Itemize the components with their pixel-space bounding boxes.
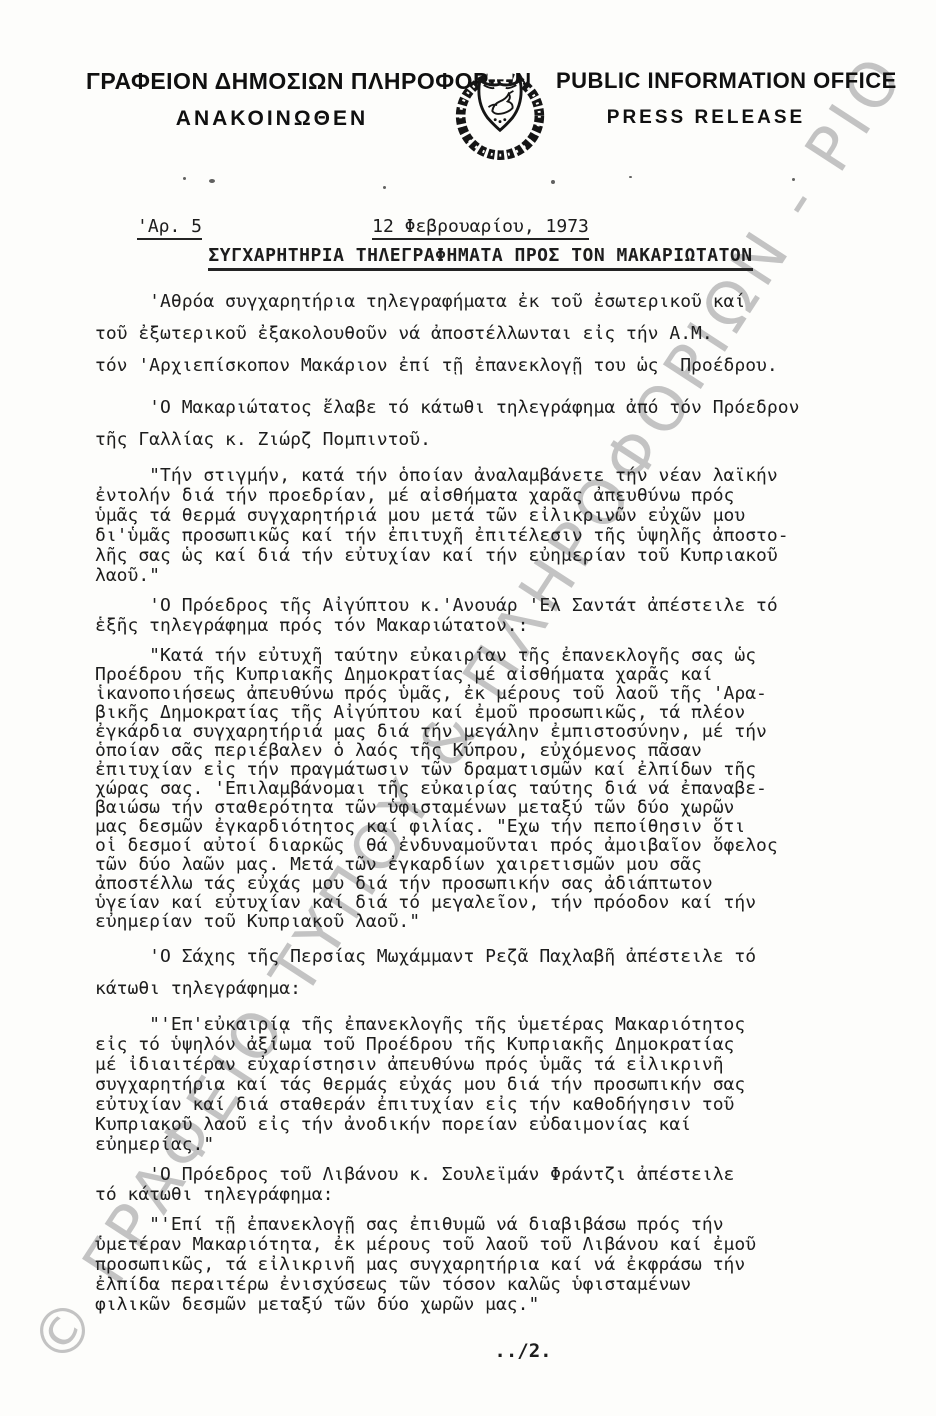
paragraph: "Κατά τήν εὐτυχῆ ταύτην εὐκαιρίαν τῆς ἐπ… (95, 646, 876, 931)
press-release-label-english: PRESS RELEASE (556, 107, 856, 129)
text-line: ἐλπίδα περαιτέρω ἐνισχύσεως τῶν τόσον κα… (95, 1275, 876, 1295)
scan-speck (383, 186, 386, 189)
text-line: "Κατά τήν εὐτυχῆ ταύτην εὐκαιρίαν τῆς ἐπ… (95, 646, 876, 665)
text-line: ἑξῆς τηλεγράφημα πρός τόν Μακαριώτατον.: (95, 616, 876, 636)
text-line: τοῦ ἐξωτερικοῦ ἐξακολουθοῦν νά ἀποστέλλω… (95, 318, 876, 350)
text-line: Προέδρου τῆς Κυπριακῆς Δημοκρατίας μέ αἰ… (95, 665, 876, 684)
text-line: ἱκανοποιήσεως ἀπευθύνω πρός ὑμᾶς, ἐκ μέρ… (95, 684, 876, 703)
text-line: 'Αθρόα συγχαρητήρια τηλεγραφήματα ἐκ τοῦ… (95, 286, 876, 318)
header-greek: ΓΡΑΦΕΙΟΝ ΔΗΜΟΣΙΩΝ ΠΛΗΡΟΦΟΡΙΩΝ ΑΝΑΚΟΙΝΩΘΕ… (86, 68, 458, 131)
document-body: 'Αθρόα συγχαρητήρια τηλεγραφήματα ἐκ τοῦ… (95, 286, 876, 1325)
office-name-greek: ΓΡΑΦΕΙΟΝ ΔΗΜΟΣΙΩΝ ΠΛΗΡΟΦΟΡΙΩΝ (86, 68, 458, 95)
text-line: "'Επ'εὐκαιρίᾳ τῆς ἐπανεκλογῆς τῆς ὑμετέρ… (95, 1015, 876, 1035)
cyprus-emblem-icon (452, 54, 548, 169)
paragraph: "'Επ'εὐκαιρίᾳ τῆς ἐπανεκλογῆς τῆς ὑμετέρ… (95, 1015, 876, 1155)
scan-speck (183, 177, 186, 180)
text-line: 'Ο Πρόεδρος τῆς Αἰγύπτου κ.'Ανουάρ 'Ελ Σ… (95, 596, 876, 616)
paragraph: 'Ο Πρόεδρος τοῦ Λιβάνου κ. Σουλεϊμάν Φρά… (95, 1165, 876, 1205)
text-line: ἐπιτυχίαν εἰς τήν πραγμάτωσιν τῶν δραματ… (95, 760, 876, 779)
text-line: ὑγείαν καί εὐτυχίαν καί διά τό μεγαλεῖον… (95, 893, 876, 912)
document-meta: 'Αρ. 5 12 Φεβρουαρίου, 1973 ΣΥΓΧΑΡΗΤΗΡΙΑ… (95, 216, 866, 266)
continuation-mark: ../2. (0, 1340, 936, 1362)
text-line: ἀποστέλλω τάς εὐχάς μου διά τήν προσωπικ… (95, 874, 876, 893)
scan-speck (551, 180, 555, 184)
text-line: τῆς Γαλλίας κ. Ζιώρζ Πομπιντοῦ. (95, 424, 876, 456)
text-line: βικῆς Δημοκρατίας τῆς Αἰγύπτου καί ἐμοῦ … (95, 703, 876, 722)
paragraph: 'Αθρόα συγχαρητήρια τηλεγραφήματα ἐκ τοῦ… (95, 286, 876, 382)
text-line: ὑμᾶς τά θερμά συγχαρητήριά μου μετά τῶν … (95, 506, 876, 526)
header-english: PUBLIC INFORMATION OFFICE PRESS RELEASE (556, 68, 856, 129)
text-line: οἱ δεσμοί αὐτοί διαρκῶς θά ἐνδυναμοῦνται… (95, 836, 876, 855)
paragraph: 'Ο Σάχης τῆς Περσίας Μωχάμμαντ Ρεζᾶ Παχλ… (95, 941, 876, 1005)
press-release-page: © ΓΡΑΦΕΙΟ ΤΥΠΟΥ & ΠΛΗΡΟΦΟΡΙΩΝ - ΡΙΟ ΓΡΑΦ… (0, 0, 936, 1416)
text-line: προσωπικῶς, τά εἰλικρινῆ μας συγχαρητήρι… (95, 1255, 876, 1275)
text-line: ἐντολήν διά τήν προεδρίαν, μέ αἰσθήματα … (95, 486, 876, 506)
scan-speck (629, 176, 632, 178)
text-line: κάτωθι τηλεγράφημα: (95, 973, 876, 1005)
text-line: βαιώσω τήν σταθερότητα τῶν ὑφισταμένων μ… (95, 798, 876, 817)
text-line: 'Ο Μακαριώτατος ἔλαβε τό κάτωθι τηλεγράφ… (95, 392, 876, 424)
text-line: τόν 'Αρχιεπίσκοπον Μακάριον ἐπί τῇ ἐπανε… (95, 350, 876, 382)
office-name-english: PUBLIC INFORMATION OFFICE (556, 68, 856, 94)
text-line: φιλικῶν δεσμῶν μεταξύ τῶν δύο χωρῶν μας.… (95, 1295, 876, 1315)
text-line: μέ ἰδιαιτέραν εὐχαρίστησιν ἀπευθύνω πρός… (95, 1055, 876, 1075)
text-line: ἐγκάρδια συγχαρητήριά μας διά τήν μεγάλη… (95, 722, 876, 741)
text-line: εὐημερίας." (95, 1135, 876, 1155)
text-line: εὐτυχίαν καί διά σταθεράν ἐπιτυχίαν εἰς … (95, 1095, 876, 1115)
text-line: συγχαρητήρια καί τάς θερμάς εὐχάς μου δι… (95, 1075, 876, 1095)
text-line: εὐημερίαν τοῦ Κυπριακοῦ λαοῦ." (95, 912, 876, 931)
text-line: μας δεσμῶν ἐγκαρδιότητος καί φιλίας. "Εχ… (95, 817, 876, 836)
text-line: "Τήν στιγμήν, κατά τήν ὁποίαν ἀναλαμβάνε… (95, 466, 876, 486)
document-title: ΣΥΓΧΑΡΗΤΗΡΙΑ ΤΗΛΕΓΡΑΦΗΜΑΤΑ ΠΡΟΣ ΤΟΝ ΜΑΚΑ… (95, 245, 866, 266)
text-line: "'Επί τῇ ἐπανεκλογῇ σας ἐπιθυμῶ νά διαβι… (95, 1215, 876, 1235)
scan-speck (209, 179, 215, 183)
text-line: 'Ο Σάχης τῆς Περσίας Μωχάμμαντ Ρεζᾶ Παχλ… (95, 941, 876, 973)
text-line: ὁποίαν σᾶς περιέβαλεν ὁ λαός τῆς Κύπρου,… (95, 741, 876, 760)
text-line: ὑμετέραν Μακαριότητα, ἐκ μέρους τοῦ λαοῦ… (95, 1235, 876, 1255)
text-line: Κυπριακοῦ λαοῦ εἰς τήν ἀνοδικήν πορείαν … (95, 1115, 876, 1135)
document-date: 12 Φεβρουαρίου, 1973 (95, 216, 866, 237)
text-line: 'Ο Πρόεδρος τοῦ Λιβάνου κ. Σουλεϊμάν Φρά… (95, 1165, 876, 1185)
paragraph: 'Ο Πρόεδρος τῆς Αἰγύπτου κ.'Ανουάρ 'Ελ Σ… (95, 596, 876, 636)
text-line: χώρας σας. 'Επιλαμβάνομαι τῆς εὐκαιρίας … (95, 779, 876, 798)
paragraph: 'Ο Μακαριώτατος ἔλαβε τό κάτωθι τηλεγράφ… (95, 392, 876, 456)
text-line: τό κάτωθι τηλεγράφημα: (95, 1185, 876, 1205)
scan-speck (792, 178, 795, 181)
text-line: εἰς τό ὑψηλόν ἀξίωμα τοῦ Προέδρου τῆς Κυ… (95, 1035, 876, 1055)
paragraph: "Τήν στιγμήν, κατά τήν ὁποίαν ἀναλαμβάνε… (95, 466, 876, 586)
press-release-label-greek: ΑΝΑΚΟΙΝΩΘΕΝ (86, 107, 458, 131)
text-line: λῆς σας ὡς καί διά τήν εὐτυχίαν καί τήν … (95, 546, 876, 566)
text-line: δι'ὑμᾶς προσωπικῶς καί τήν ἐπιτυχῆ ἐπιτέ… (95, 526, 876, 546)
text-line: τῶν δύο λαῶν μας. Μετά τῶν ἐγκαρδίων χαι… (95, 855, 876, 874)
text-line: λαοῦ." (95, 566, 876, 586)
paragraph: "'Επί τῇ ἐπανεκλογῇ σας ἐπιθυμῶ νά διαβι… (95, 1215, 876, 1315)
